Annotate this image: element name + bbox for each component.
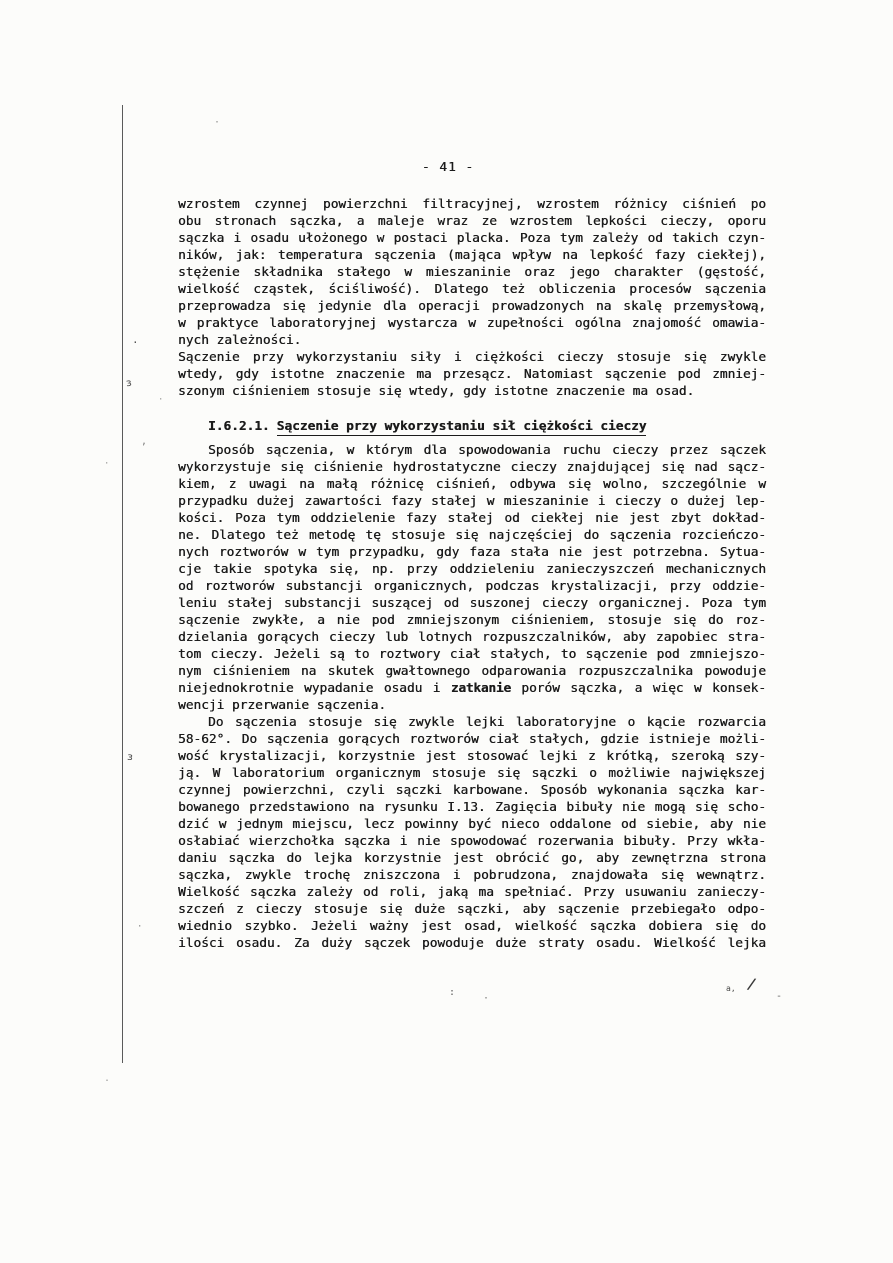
text-line: sączka, zwykle trochę zniszczona i pobru…: [178, 867, 766, 884]
text-line: Sposób sączenia, w którym dla spowodowan…: [178, 442, 766, 459]
text-line: Sączenie przy wykorzystaniu siły i ciężk…: [178, 349, 766, 366]
text-line: przypadku dużej zawartości fazy stałej w…: [178, 493, 766, 510]
text-line: Wielkość sączka zależy od roli, jaką ma …: [178, 884, 766, 901]
scanned-document-page: - 41 - wzrostem czynnej powierzchni filt…: [0, 0, 893, 1263]
text-line: sączenie zwykłe, a nie pod zmniejszonym …: [178, 612, 766, 629]
left-margin-rule: [122, 105, 123, 1063]
text-line: dzielania gorących cieczy lub lotnych ro…: [178, 629, 766, 646]
ink-smudge: з: [126, 753, 133, 764]
section-title: Sączenie przy wykorzystaniu sił ciężkośc…: [277, 419, 647, 436]
text-line: stężenie składnika stałego w mieszaninie…: [178, 264, 766, 281]
section-number: I.6.2.1.: [208, 419, 270, 434]
ink-smudge: /: [746, 976, 757, 992]
text-line: nym ciśnieniem na skutek gwałtownego odp…: [178, 663, 766, 680]
text-line: przeprowadza się jedynie dla operacji pr…: [178, 298, 766, 315]
text-line: wielkość cząstek, ściśliwość). Dlatego t…: [178, 281, 766, 298]
ink-smudge: .: [132, 334, 139, 345]
text-line: nych roztworów w tym przypadku, gdy faza…: [178, 544, 766, 561]
text-block: - 41 - wzrostem czynnej powierzchni filt…: [178, 159, 766, 952]
text-line: szonym ciśnieniem stosuje się wtedy, gdy…: [178, 383, 766, 400]
paragraph-gravity-filtration: Sposób sączenia, w którym dla spowodowan…: [178, 442, 766, 714]
text-line: 58-62°. Do sączenia gorących roztworów c…: [178, 731, 766, 748]
page-number: - 41 -: [178, 159, 718, 176]
ink-smudge: з: [125, 379, 132, 390]
paragraph-gravity-vs-vacuum: Sączenie przy wykorzystaniu siły i ciężk…: [178, 349, 766, 400]
text-line: leniu stałej substancji suszącej od susz…: [178, 595, 766, 612]
text-line: wiednio szybko. Jeżeli ważny jest osad, …: [178, 918, 766, 935]
text-line: tom cieczy. Jeżeli są to roztwory ciał s…: [178, 646, 766, 663]
ink-smudge: ·: [483, 994, 489, 1004]
paragraph-filtration-factors: wzrostem czynnej powierzchni filtracyjne…: [178, 196, 766, 349]
text-line: osłabiać wierzchołka sączka i nie spowod…: [178, 833, 766, 850]
text-line: wtedy, gdy istotne znaczenie ma przesącz…: [178, 366, 766, 383]
ink-smudge: :: [449, 988, 455, 998]
text-line: niejednokrotnie wypadanie osadu i zatkan…: [178, 680, 766, 697]
ink-smudge: -: [776, 992, 782, 1002]
ink-smudge: ,: [141, 437, 147, 447]
text-line: kiem, z uwagi na małą różnicę ciśnień, o…: [178, 476, 766, 493]
text-line: obu stronach sączka, a maleje wraz ze wz…: [178, 213, 766, 230]
text-line: cje takie spotyka się, np. przy oddziele…: [178, 561, 766, 578]
text-line: w praktyce laboratoryjnej wystarcza w zu…: [178, 315, 766, 332]
text-line: szczeń z cieczy stosuje się duże sączki,…: [178, 901, 766, 918]
text-line: wość krystalizacji, korzystnie jest stos…: [178, 748, 766, 765]
text-line: ilości osadu. Za duży sączek powoduje du…: [178, 935, 766, 952]
text-line: ją. W laboratorium organicznym stosuje s…: [178, 765, 766, 782]
section-heading: I.6.2.1.Sączenie przy wykorzystaniu sił …: [178, 418, 766, 435]
text-line: ne. Dlatego też metodę tę stosuje się na…: [178, 527, 766, 544]
paragraph-funnels-and-filters: Do sączenia stosuje się zwykle lejki lab…: [178, 714, 766, 952]
text-line: Do sączenia stosuje się zwykle lejki lab…: [178, 714, 766, 731]
text-line: od roztworów substancji organicznych, po…: [178, 578, 766, 595]
ink-smudge: ·: [158, 396, 163, 405]
ink-smudge: a,: [726, 985, 736, 993]
text-line: nych zależności.: [178, 332, 766, 349]
text-line: wencji przerwanie sączenia.: [178, 697, 766, 714]
text-line: ników, jak: temperatura sączenia (mająca…: [178, 247, 766, 264]
text-line: bowanego przedstawiono na rysunku I.13. …: [178, 799, 766, 816]
ink-smudge: .: [104, 1074, 110, 1084]
text-line: wzrostem czynnej powierzchni filtracyjne…: [178, 196, 766, 213]
ink-smudge: ·: [214, 118, 220, 128]
text-line: dzić w jednym miejscu, lecz powinny być …: [178, 816, 766, 833]
ink-smudge: ·: [137, 923, 142, 932]
text-line: czynnej powierzchni, czyli sączki karbow…: [178, 782, 766, 799]
text-line: sączka i osadu ułożonego w postaci plack…: [178, 230, 766, 247]
text-line: wykorzystuje się ciśnienie hydrostatyczn…: [178, 459, 766, 476]
text-line: daniu sączka do lejka korzystnie jest ob…: [178, 850, 766, 867]
ink-smudge: ·: [104, 460, 109, 469]
text-line: kości. Poza tym oddzielenie fazy stałej …: [178, 510, 766, 527]
